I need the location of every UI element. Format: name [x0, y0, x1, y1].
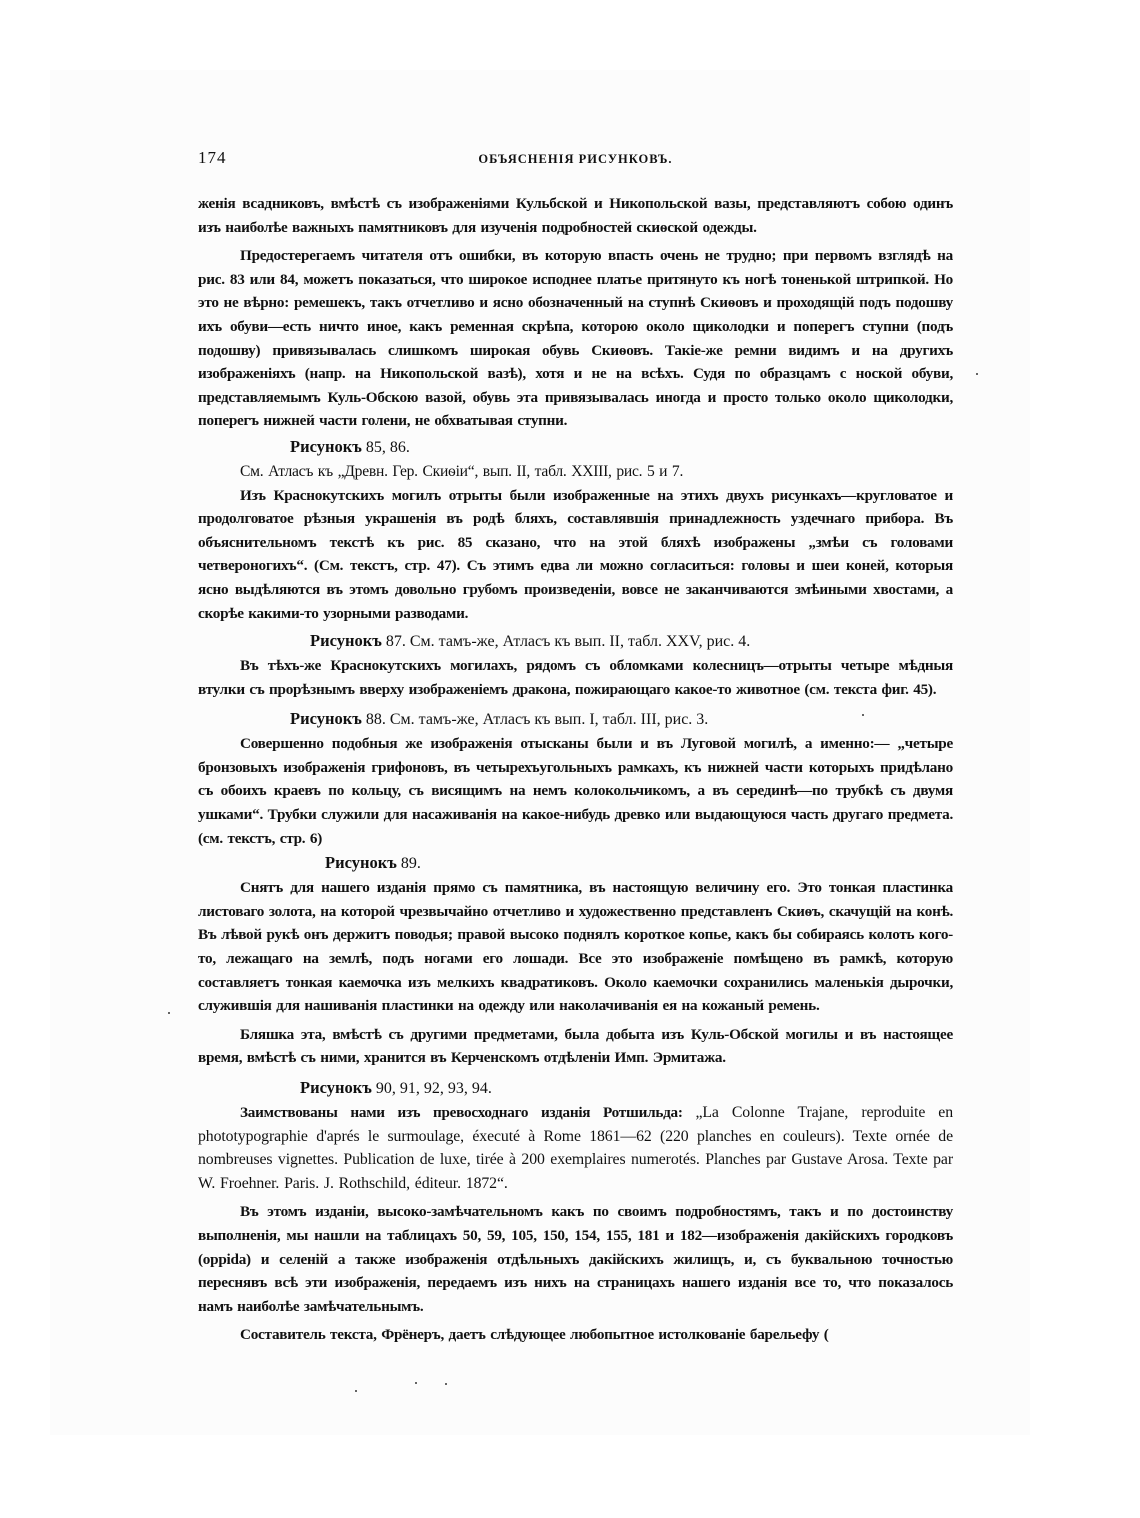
figure-heading-lead: Рисунокъ [300, 1078, 372, 1097]
reference-atlas-85-86: См. Атласъ къ „Древн. Гер. Скиѳіи“, вып.… [198, 460, 953, 484]
scan-speck [415, 1382, 417, 1384]
paragraph-figures-85-86: Изъ Краснокутскихъ могилъ отрыты были из… [198, 484, 953, 626]
paragraph-warning-figures-83-84: Предостерегаемъ читателя отъ ошибки, въ … [198, 244, 953, 433]
scan-speck [168, 1012, 170, 1014]
figure-heading-numbers: 85, 86. [362, 439, 410, 456]
figure-heading-lead: Рисунокъ [290, 437, 362, 456]
figure-heading-85-86: Рисунокъ 85, 86. [198, 435, 953, 460]
paragraph-figure-89: Снятъ для нашего изданія прямо съ памятн… [198, 876, 953, 1018]
figure-heading-90-94: Рисунокъ 90, 91, 92, 93, 94. [198, 1076, 953, 1101]
scan-speck [862, 714, 864, 716]
paragraph-dacian-towns: Въ этомъ изданіи, высоко-замѣчательномъ … [198, 1200, 953, 1318]
figure-heading-numbers: 87. См. тамъ-же, Атласъ къ вып. II, табл… [382, 633, 750, 650]
figure-heading-lead: Рисунокъ [325, 853, 397, 872]
paragraph-figure-89-provenance: Бляшка эта, вмѣстѣ съ другими предметами… [198, 1023, 953, 1070]
scan-speck [445, 1383, 447, 1385]
figure-heading-lead: Рисунокъ [310, 631, 382, 650]
figure-heading-numbers: 90, 91, 92, 93, 94. [372, 1080, 492, 1097]
figure-heading-numbers: 88. См. тамъ-же, Атласъ къ вып. I, табл.… [362, 711, 708, 728]
source-intro-text: Заимствованы нами изъ превосходнаго изда… [240, 1104, 695, 1121]
scan-speck [976, 373, 978, 375]
figure-heading-lead: Рисунокъ [290, 709, 362, 728]
paragraph-figure-88: Совершенно подобныя же изображенія отыск… [198, 732, 953, 850]
figure-heading-89: Рисунокъ 89. [198, 851, 953, 876]
figure-heading-87: Рисунокъ 87. См. тамъ-же, Атласъ къ вып.… [198, 629, 953, 654]
scan-speck [355, 1390, 357, 1392]
figure-heading-numbers: 89. [397, 855, 421, 872]
running-title: ОБЪЯСНЕНІЯ РИСУНКОВЪ. [198, 148, 953, 172]
figure-heading-88: Рисунокъ 88. См. тамъ-же, Атласъ къ вып.… [198, 707, 953, 732]
running-head: 174 ОБЪЯСНЕНІЯ РИСУНКОВЪ. [198, 146, 953, 172]
paragraph-figures-90-94-source: Заимствованы нами изъ превосходнаго изда… [198, 1101, 953, 1195]
paragraph-continuation: женія всадниковъ, вмѣстѣ съ изображеніям… [198, 192, 953, 239]
paragraph-froehner-interpretation: Составитель текста, Фрёнеръ, даетъ слѣду… [198, 1323, 953, 1347]
book-page: 174 ОБЪЯСНЕНІЯ РИСУНКОВЪ. женія всаднико… [198, 140, 953, 1347]
paragraph-figure-87: Въ тѣхъ-же Краснокутскихъ могилахъ, рядо… [198, 654, 953, 701]
